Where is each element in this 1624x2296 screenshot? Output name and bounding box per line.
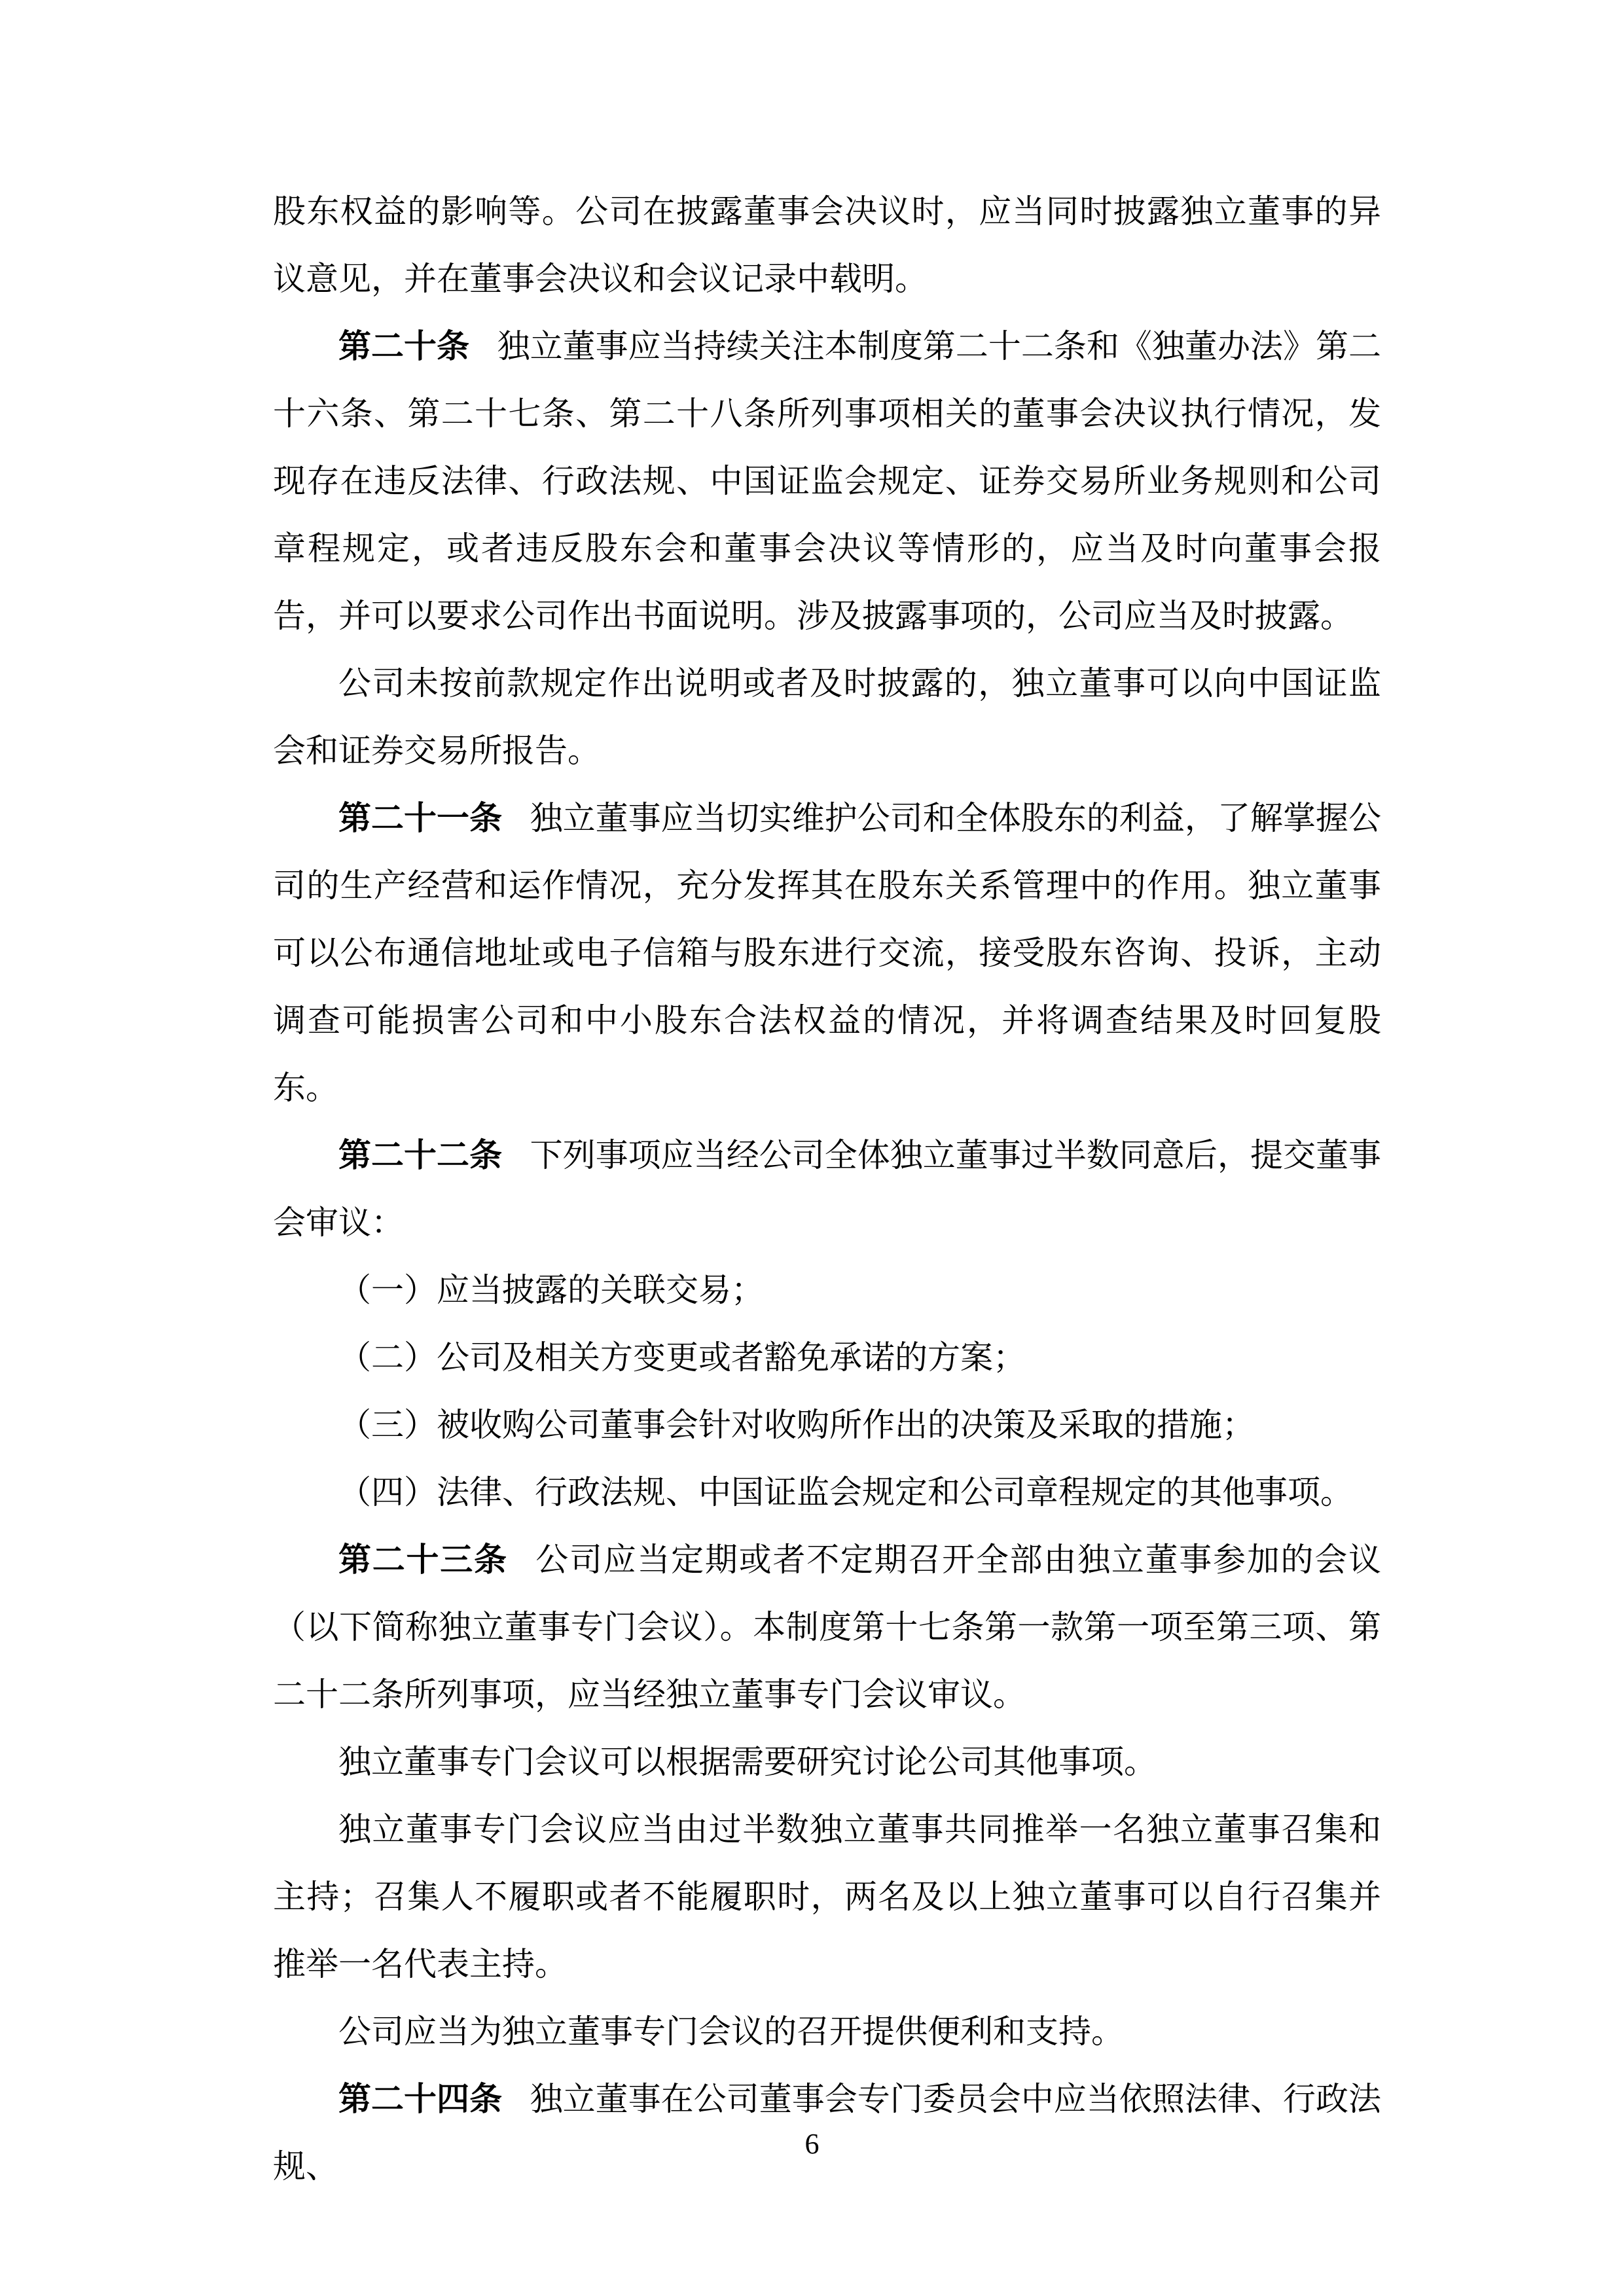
article-number: 第二十二条	[338, 1137, 502, 1174]
paragraph: 第二十三条公司应当定期或者不定期召开全部由独立董事参加的会议（以下简称独立董事专…	[273, 1526, 1381, 1729]
paragraph: 公司未按前款规定作出说明或者及时披露的，独立董事可以向中国证监会和证券交易所报告…	[273, 650, 1381, 785]
paragraph-text: 公司应当为独立董事专门会议的召开提供便利和支持。	[338, 2013, 1124, 2050]
page-number: 6	[0, 2128, 1624, 2160]
paragraph: （一）应当披露的关联交易；	[273, 1257, 1381, 1324]
paragraph: 公司应当为独立董事专门会议的召开提供便利和支持。	[273, 1998, 1381, 2066]
paragraph-text: 独立董事专门会议应当由过半数独立董事共同推举一名独立董事召集和主持；召集人不履职…	[273, 1811, 1381, 1982]
paragraph: 独立董事专门会议应当由过半数独立董事共同推举一名独立董事召集和主持；召集人不履职…	[273, 1796, 1381, 1998]
paragraph: 第二十一条独立董事应当切实维护公司和全体股东的利益，了解掌握公司的生产经营和运作…	[273, 785, 1381, 1122]
paragraph-text: （三）被收购公司董事会针对收购所作出的决策及采取的措施；	[338, 1407, 1255, 1443]
article-number: 第二十三条	[338, 1541, 508, 1578]
paragraph-text: 独立董事应当切实维护公司和全体股东的利益，了解掌握公司的生产经营和运作情况，充分…	[273, 800, 1381, 1106]
paragraph: 股东权益的影响等。公司在披露董事会决议时，应当同时披露独立董事的异议意见，并在董…	[273, 178, 1381, 313]
paragraph-text: 独立董事专门会议可以根据需要研究讨论公司其他事项。	[338, 1744, 1157, 1780]
paragraph-text: 独立董事应当持续关注本制度第二十二条和《独董办法》第二十六条、第二十七条、第二十…	[273, 328, 1381, 634]
paragraph: 第二十二条下列事项应当经公司全体独立董事过半数同意后，提交董事会审议：	[273, 1122, 1381, 1257]
paragraph: 第二十条独立董事应当持续关注本制度第二十二条和《独董办法》第二十六条、第二十七条…	[273, 313, 1381, 650]
paragraph: 独立董事专门会议可以根据需要研究讨论公司其他事项。	[273, 1729, 1381, 1796]
paragraph-text: （四）法律、行政法规、中国证监会规定和公司章程规定的其他事项。	[338, 1474, 1353, 1511]
document-page: 股东权益的影响等。公司在披露董事会决议时，应当同时披露独立董事的异议意见，并在董…	[0, 0, 1624, 2296]
paragraph-text: （二）公司及相关方变更或者豁免承诺的方案；	[338, 1339, 1026, 1376]
paragraph-text: （一）应当披露的关联交易；	[338, 1272, 764, 1308]
paragraph-text: 股东权益的影响等。公司在披露董事会决议时，应当同时披露独立董事的异议意见，并在董…	[273, 193, 1381, 297]
text-content: 股东权益的影响等。公司在披露董事会决议时，应当同时披露独立董事的异议意见，并在董…	[273, 178, 1381, 2200]
paragraph: （二）公司及相关方变更或者豁免承诺的方案；	[273, 1324, 1381, 1391]
paragraph: （四）法律、行政法规、中国证监会规定和公司章程规定的其他事项。	[273, 1459, 1381, 1526]
paragraph: （三）被收购公司董事会针对收购所作出的决策及采取的措施；	[273, 1391, 1381, 1459]
article-number: 第二十条	[338, 328, 469, 365]
paragraph-text: 公司未按前款规定作出说明或者及时披露的，独立董事可以向中国证监会和证券交易所报告…	[273, 665, 1381, 769]
article-number: 第二十四条	[338, 2081, 502, 2117]
article-number: 第二十一条	[338, 800, 502, 836]
